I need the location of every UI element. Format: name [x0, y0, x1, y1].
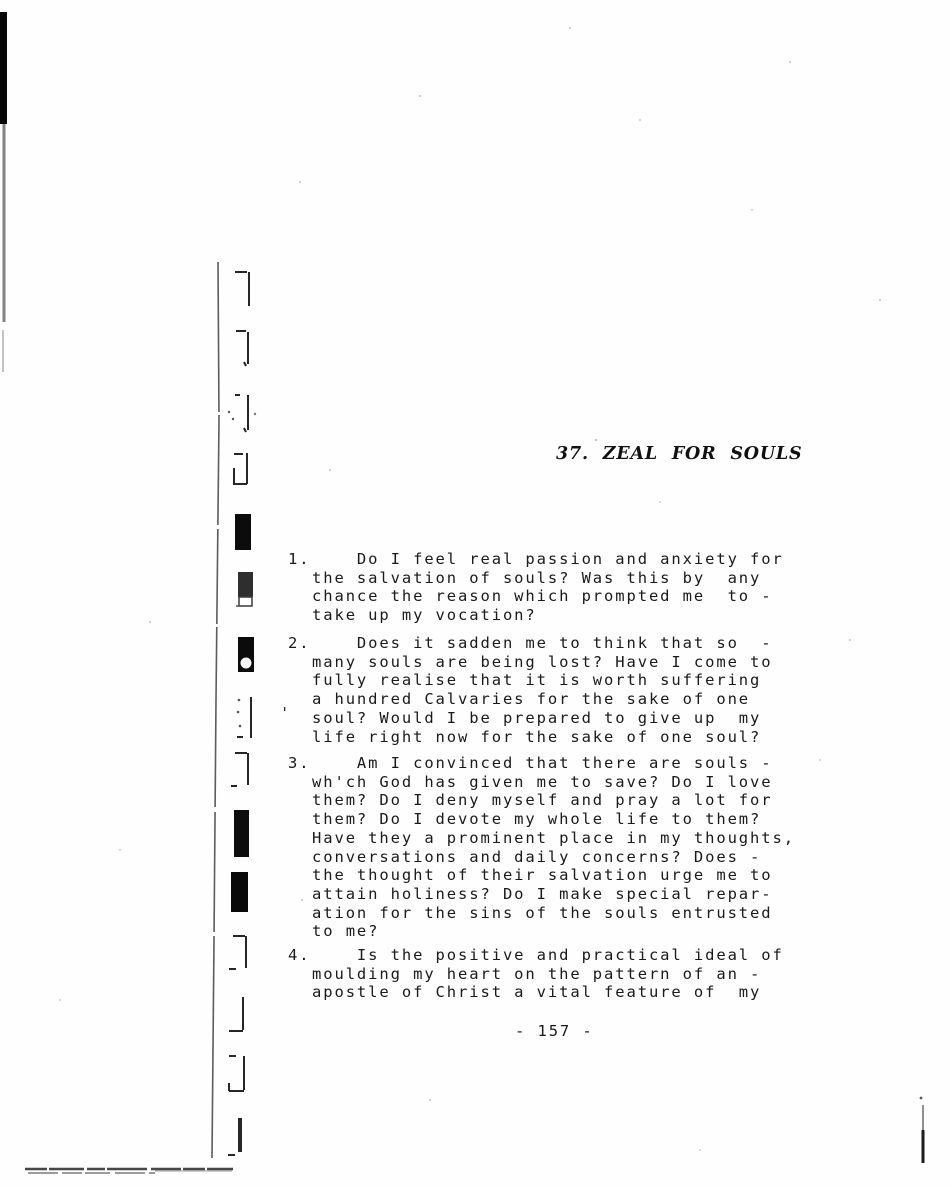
- punch-hole-filled-2: [238, 637, 254, 672]
- question-item-4: 4. Is the positive and practical ideal o…: [288, 946, 784, 1002]
- binding-mark-7: [229, 936, 246, 969]
- punch-hole-mottled: [236, 572, 253, 606]
- question-item-3: 3. Am I convinced that there are souls -…: [288, 754, 795, 941]
- question-text: Am I convinced that there are souls - wh…: [312, 754, 795, 941]
- question-number: 1.: [288, 550, 312, 569]
- page-fold-line: [212, 262, 219, 1158]
- binding-mark-9: [229, 1056, 244, 1091]
- question-text: Does it sadden me to think that so - man…: [312, 634, 773, 746]
- binding-mark-8: [229, 997, 243, 1031]
- question-number: 3.: [288, 754, 312, 773]
- binding-mark-1: [235, 272, 249, 306]
- question-number: 2.: [288, 634, 312, 653]
- binding-mark-2: [236, 331, 248, 366]
- question-number: 4.: [288, 946, 312, 965]
- section-title: 37. ZEAL FOR SOULS: [556, 444, 802, 464]
- binding-mark-6: [231, 753, 248, 786]
- page-number: - 157 -: [515, 1022, 594, 1040]
- question-item-2: 2. Does it sadden me to think that so - …: [288, 634, 773, 746]
- margin-stray-mark: ': [280, 704, 289, 722]
- question-text: Do I feel real passion and anxiety for t…: [312, 550, 784, 625]
- copier-edge-bar: [0, 12, 7, 124]
- punch-hole-filled-3: [234, 810, 249, 857]
- punch-hole-filled-1: [235, 514, 251, 550]
- binding-mark-5: [237, 697, 251, 738]
- binding-mark-4: [233, 453, 247, 485]
- binding-mark-10: [228, 1118, 240, 1155]
- question-text: Is the positive and practical ideal of m…: [312, 946, 784, 1002]
- right-edge-mark: [920, 1097, 923, 1163]
- punch-hole-filled-4: [231, 872, 248, 912]
- scanned-document-page: 37. ZEAL FOR SOULS 1. Do I feel real pas…: [0, 0, 950, 1187]
- binding-mark-3: [228, 395, 256, 432]
- bottom-smudge-stripe: [25, 1169, 233, 1173]
- question-item-1: 1. Do I feel real passion and anxiety fo…: [288, 550, 784, 625]
